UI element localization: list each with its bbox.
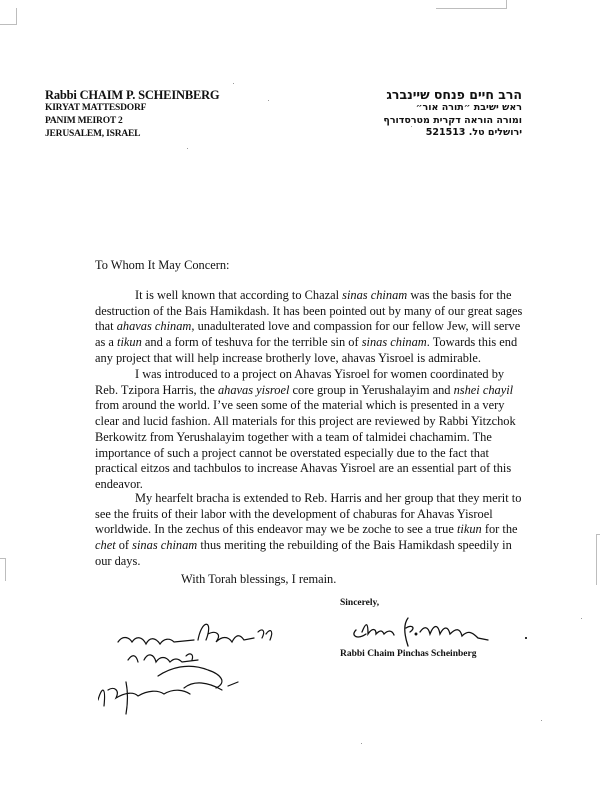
handwritten-signature xyxy=(348,610,498,652)
scan-speck xyxy=(361,743,362,744)
text-run: from around the world. I’ve seen some of… xyxy=(95,398,516,491)
crop-mark xyxy=(0,8,17,25)
letterhead-name: Rabbi CHAIM P. SCHEINBERG xyxy=(45,88,219,102)
italic-term: tikun xyxy=(457,522,482,536)
scan-speck xyxy=(187,148,188,149)
paragraph: It is well known that according to Chaza… xyxy=(95,288,527,367)
letterhead-hebrew-line: ראש ישיבת ״תורה אור״ xyxy=(383,102,522,115)
letterhead-english: Rabbi CHAIM P. SCHEINBERG KIRYAT MATTESD… xyxy=(45,88,219,141)
scan-speck xyxy=(581,618,582,619)
text-run: and a form of teshuva for the terrible s… xyxy=(142,335,362,349)
closing-line: With Torah blessings, I remain. xyxy=(181,572,336,587)
letterhead-hebrew-line: ומורה הוראה דקרית מטרסדורף xyxy=(383,115,522,128)
salutation: To Whom It May Concern: xyxy=(95,258,527,274)
italic-term: sinas chinam xyxy=(342,288,407,302)
italic-term: sinas chinam xyxy=(362,335,427,349)
letterhead-hebrew-line: ירושלים טל. 521513 xyxy=(383,127,522,140)
printed-name: Rabbi Chaim Pinchas Scheinberg xyxy=(340,649,476,659)
crop-mark xyxy=(0,558,6,581)
italic-term: ahavas chinam xyxy=(117,319,192,333)
letterhead-address-line: KIRYAT MATTESDORF xyxy=(45,102,219,115)
letterhead-address-line: PANIM MEIROT 2 xyxy=(45,115,219,128)
italic-term: tikun xyxy=(117,335,142,349)
text-run: core group in Yerushalayim and xyxy=(289,383,453,397)
italic-term: nshei chayil xyxy=(454,383,514,397)
paragraph: My hearfelt bracha is extended to Reb. H… xyxy=(95,491,527,570)
letterhead-hebrew-name: הרב חיים פנחס שיינברג xyxy=(383,88,522,102)
text-run: It is well known that according to Chaza… xyxy=(135,288,342,302)
scan-speck xyxy=(233,83,234,84)
italic-term: chet xyxy=(95,538,116,552)
handwritten-note xyxy=(98,610,298,715)
crop-mark xyxy=(596,534,600,585)
valediction: Sincerely, xyxy=(340,598,379,608)
letterhead-address-line: JERUSALEM, ISRAEL xyxy=(45,128,219,141)
italic-term: sinas chinam xyxy=(132,538,197,552)
text-run: for the xyxy=(482,522,518,536)
crop-mark xyxy=(436,0,507,9)
paragraph: I was introduced to a project on Ahavas … xyxy=(95,367,527,493)
scan-speck xyxy=(525,637,527,639)
scan-speck xyxy=(268,100,269,101)
text-run: of xyxy=(116,538,133,552)
scan-speck xyxy=(541,720,542,721)
letterhead-hebrew: הרב חיים פנחס שיינברג ראש ישיבת ״תורה או… xyxy=(383,88,522,140)
scan-speck xyxy=(411,126,412,127)
italic-term: ahavas yisroel xyxy=(218,383,289,397)
